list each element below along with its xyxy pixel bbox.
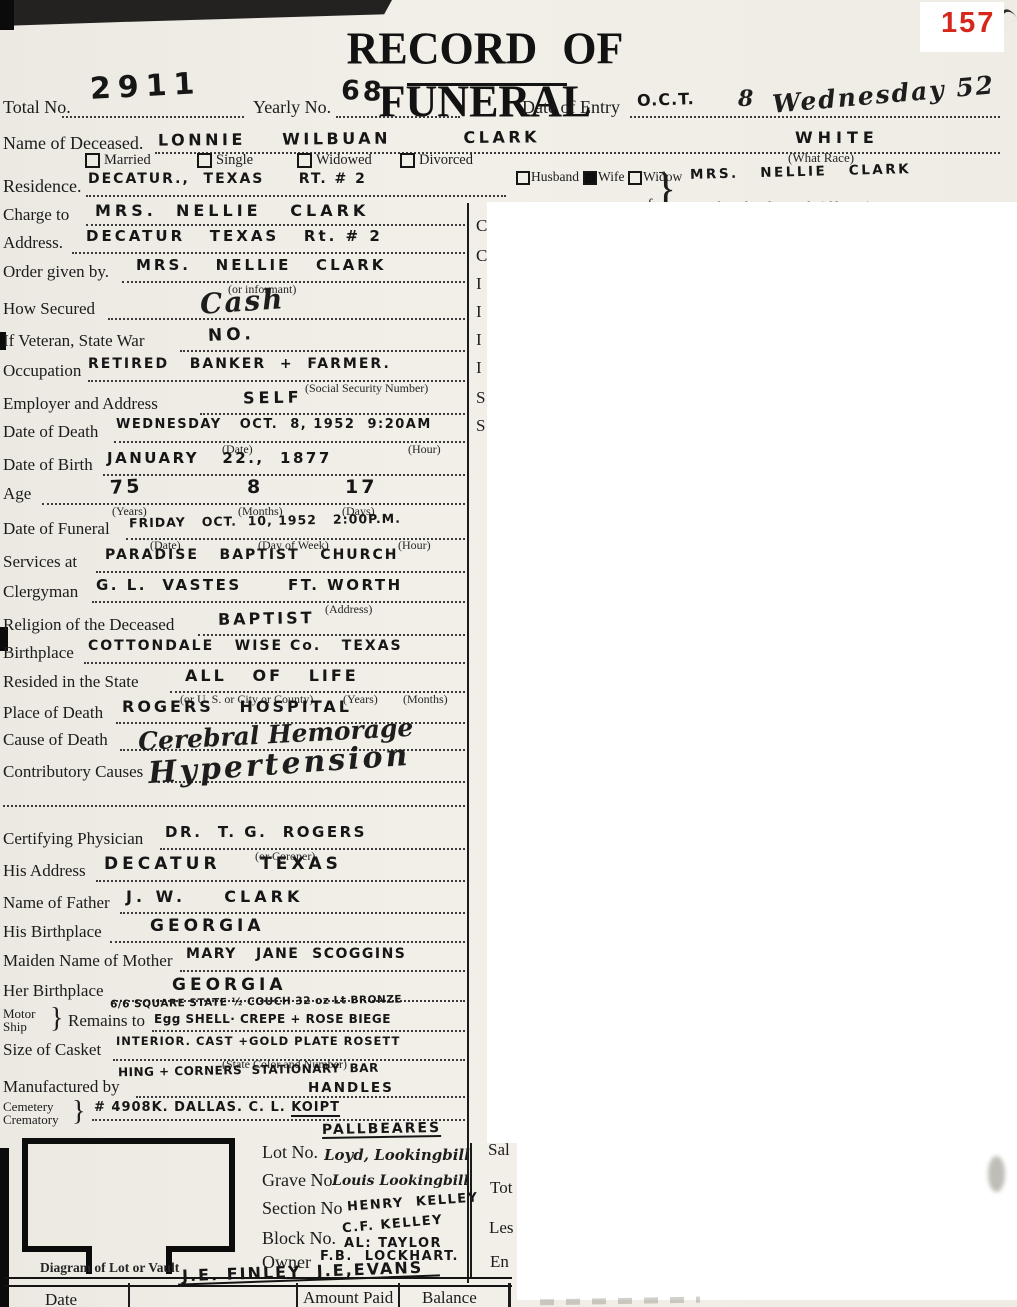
manufactured-by-label: Manufactured by [3, 1077, 120, 1097]
mother-label: Maiden Name of Mother [3, 951, 172, 971]
her-birthplace-label: Her Birthplace [3, 981, 104, 1001]
scanned-funeral-record-page: 157 RECORD OF FUNERAL Total No. 2911 Yea… [0, 0, 1017, 1307]
his-birthplace-label: His Birthplace [3, 922, 102, 942]
dotted-leader [152, 1030, 465, 1032]
date-of-birth-value: JANUARY 22., 1877 [107, 451, 332, 466]
dotted-leader [200, 413, 465, 415]
partial-letter: C [476, 216, 487, 236]
charge-to-label: Charge to [3, 205, 69, 225]
partial-letter: I [476, 274, 482, 294]
date-of-entry-label: Date of Entry [522, 97, 620, 118]
covered-column-letter-strip: C C I I I I S S [476, 210, 487, 440]
partial-letter: C [476, 246, 487, 266]
age-years-value: 75 [110, 477, 143, 498]
lot-diagram-bottom-left [22, 1246, 92, 1252]
motor-ship-label: MotorShip [3, 1007, 36, 1033]
his-address-value: DECATUR TEXAS [104, 856, 342, 873]
partial-letter: I [476, 302, 482, 322]
remains-to-label: Remains to [68, 1011, 145, 1031]
remains-brace: } [50, 1003, 63, 1035]
his-address-label: His Address [3, 861, 86, 881]
veteran-label: If Veteran, State War [3, 331, 145, 351]
block-no-value-1: C.F. KELLEY [342, 1214, 444, 1236]
certifying-value: DR. T. G. ROGERS [165, 825, 367, 840]
dotted-leader [336, 116, 460, 118]
entered-partial-label: En [490, 1252, 517, 1272]
dotted-leader [198, 634, 465, 636]
place-of-death-value: ROGERS HOSPITAL [122, 699, 352, 715]
address-caption: (Address) [325, 602, 372, 617]
checkbox-married [85, 153, 100, 168]
name-of-deceased-label: Name of Deceased. [3, 133, 143, 154]
dotted-leader [180, 970, 465, 972]
birthplace-label: Birthplace [3, 643, 74, 663]
redaction-overlay-main [487, 202, 1017, 1143]
father-label: Name of Father [3, 893, 110, 913]
date-of-entry-day: 8 [738, 88, 753, 110]
religion-value: BAPTIST [218, 610, 315, 628]
partial-letter: S [476, 388, 485, 408]
how-secured-label: How Secured [3, 299, 95, 319]
checkbox-husband-label: Husband [531, 169, 579, 185]
clergyman-value: G. L. VASTES FT. WORTH [96, 578, 403, 593]
dotted-leader [103, 474, 465, 476]
her-birthplace-value: GEORGIA [172, 977, 287, 994]
checkbox-husband [516, 171, 530, 185]
date-of-birth-label: Date of Birth [3, 455, 93, 475]
total-no-label: Total No. [3, 97, 71, 118]
dotted-leader [84, 662, 465, 664]
checkbox-single [197, 153, 212, 168]
crematory-label: Crematory [3, 1112, 59, 1127]
how-secured-value: Cash [199, 285, 285, 319]
services-at-value: PARADISE BAPTIST CHURCH [105, 548, 398, 562]
dotted-leader [108, 318, 465, 320]
cemetery-value-pre: # 4908K. DALLAS. C. L. [94, 1100, 291, 1115]
father-value: J. W. CLARK [126, 889, 303, 905]
cause-of-death-label: Cause of Death [3, 730, 108, 750]
name-of-deceased-value: LONNIE WILBUAN CLARK [158, 129, 540, 148]
dotted-leader [120, 912, 465, 914]
birthplace-value: COTTONDALE WISE Co. TEXAS [88, 639, 403, 653]
resided-months-caption: (Months) [403, 692, 448, 707]
dotted-leader [136, 1096, 465, 1098]
size-of-casket-value: INTERIOR. CAST +GOLD PLATE ROSETT [116, 1036, 400, 1048]
occupation-label: Occupation [3, 361, 81, 381]
table-divider [296, 1283, 298, 1307]
dotted-leader [62, 116, 244, 118]
column-divider [467, 203, 469, 1283]
order-given-by-label: Order given by. [3, 262, 109, 282]
table-divider [508, 1283, 511, 1307]
short-rule [407, 83, 567, 86]
partial-letter: I [476, 358, 482, 378]
address-value: DECATUR TEXAS Rt. # 2 [86, 229, 383, 244]
scan-corner-shadow [0, 0, 14, 30]
manufactured-by-value: HANDLES [308, 1082, 394, 1096]
dotted-leader [72, 252, 465, 254]
lot-diagram-caption: Diagram of Lot or Vault [40, 1260, 179, 1276]
blank-dotted-line [3, 805, 465, 807]
date-of-funeral-value: FRIDAY OCT. 10, 1952 2:00P.M. [129, 513, 401, 530]
cemetery-crematory-label: CemeteryCrematory [3, 1100, 59, 1126]
his-birthplace-value: GEORGIA [150, 918, 265, 935]
checkbox-single-label: Single [216, 152, 253, 169]
checkbox-wife-label: Wife [598, 169, 624, 185]
remains-note-above: 6/6 SQUARE STATE ½ COUCH 32 oz Lt BRONZE [110, 994, 402, 1010]
pallbearers-heading: PALLBEARES [322, 1121, 441, 1139]
total-partial-label: Tot [490, 1178, 517, 1198]
dotted-leader [86, 195, 506, 197]
remains-to-value: Egg SHELL· CREPE + ROSE BIEGE [154, 1013, 391, 1025]
resided-value: ALL OF LIFE [185, 668, 359, 684]
services-at-label: Services at [3, 552, 77, 572]
sale-partial-label: Sal [488, 1140, 517, 1160]
dotted-leader [92, 601, 465, 603]
religion-label: Religion of the Deceased [3, 615, 174, 635]
resided-label: Resided in the State [3, 672, 139, 692]
partial-letter: I [476, 330, 482, 350]
table-divider [398, 1283, 400, 1307]
yearly-no-value: 68 [340, 77, 385, 106]
table-header-balance: Balance [422, 1288, 477, 1307]
date-of-death-value: WEDNESDAY OCT. 8, 1952 9:20AM [116, 418, 432, 431]
total-no-value: 2911 [89, 69, 202, 105]
dotted-leader [96, 571, 465, 573]
lot-diagram-bottom-right [166, 1246, 235, 1252]
spouse-name-value: MRS. NELLIE CLARK [690, 163, 911, 182]
checkbox-widowed-label: Widowed [316, 152, 372, 169]
age-label: Age [3, 484, 31, 504]
employer-value: SELF [243, 389, 303, 406]
checkbox-wife [583, 171, 597, 185]
checkbox-widowed [297, 153, 312, 168]
scan-smudge [988, 1156, 1005, 1192]
table-divider [128, 1283, 130, 1307]
race-value: WHITE [795, 130, 879, 146]
size-of-casket-label: Size of Casket [3, 1040, 101, 1060]
grave-no-value: Louis Lookingbill [332, 1174, 516, 1188]
mother-value: MARY JANE SCOGGINS [186, 947, 406, 961]
grave-no-label: Grave No [262, 1170, 332, 1191]
section-no-label: Section No [262, 1198, 343, 1219]
veteran-value: NO. [208, 326, 255, 345]
residence-value: DECATUR., TEXAS RT. # 2 [88, 172, 367, 186]
page-number: 157 [941, 7, 995, 40]
yearly-no-label: Yearly No. [253, 97, 331, 118]
summary-divider [470, 1143, 472, 1277]
checkbox-divorced [400, 153, 415, 168]
clergyman-label: Clergyman [3, 582, 78, 602]
block-no-label: Block No. [262, 1228, 336, 1249]
dotted-leader [96, 880, 465, 882]
date-of-entry-script: Wednesday 52 [771, 72, 996, 116]
checkbox-married-label: Married [104, 152, 151, 169]
dotted-leader [155, 152, 1000, 154]
dotted-leader [86, 224, 465, 226]
ssn-caption: (Social Security Number) [305, 381, 428, 396]
table-header-date: Date [45, 1290, 77, 1307]
less-partial-label: Les [489, 1218, 517, 1238]
lot-diagram-box [22, 1138, 235, 1252]
section-no-value: HENRY KELLEY [347, 1191, 479, 1213]
order-given-by-value: MRS. NELLIE CLARK [136, 258, 386, 273]
date-of-death-label: Date of Death [3, 422, 98, 442]
table-header-amount-paid: Amount Paid [303, 1288, 393, 1307]
residence-label: Residence. [3, 176, 81, 197]
place-of-death-label: Place of Death [3, 703, 103, 723]
address-label: Address. [3, 233, 63, 253]
casket-note: HING + CORNERS STATIONARY BAR [118, 1062, 379, 1079]
dotted-leader [180, 350, 465, 352]
charge-to-value: MRS. NELLIE CLARK [95, 203, 369, 219]
occupation-value: RETIRED BANKER + FARMER. [88, 357, 391, 371]
age-days-value: 17 [345, 478, 377, 497]
certifying-label: Certifying Physician [3, 829, 143, 849]
date-of-funeral-label: Date of Funeral [3, 519, 110, 539]
checkbox-widow [628, 171, 642, 185]
cemetery-brace: } [72, 1096, 85, 1128]
redaction-overlay-bottom [517, 1143, 1017, 1300]
dotted-leader [110, 941, 465, 943]
checkbox-divorced-label: Divorced [419, 152, 473, 169]
hour-caption: (Hour) [398, 538, 431, 553]
date-of-entry-month: O.C.T. [637, 91, 695, 109]
partial-letter: S [476, 416, 485, 436]
employer-label: Employer and Address [3, 394, 158, 414]
cemetery-value: # 4908K. DALLAS. C. L. KOIPT [94, 1101, 340, 1114]
cemetery-value-underlined: KOIPT [291, 1100, 340, 1117]
lot-no-label: Lot No. [262, 1142, 318, 1163]
contributory-label: Contributory Causes [3, 762, 143, 782]
hour-caption: (Hour) [408, 442, 441, 457]
age-months-value: 8 [247, 478, 260, 497]
ship-label: Ship [3, 1019, 27, 1034]
dotted-leader [630, 116, 1000, 118]
